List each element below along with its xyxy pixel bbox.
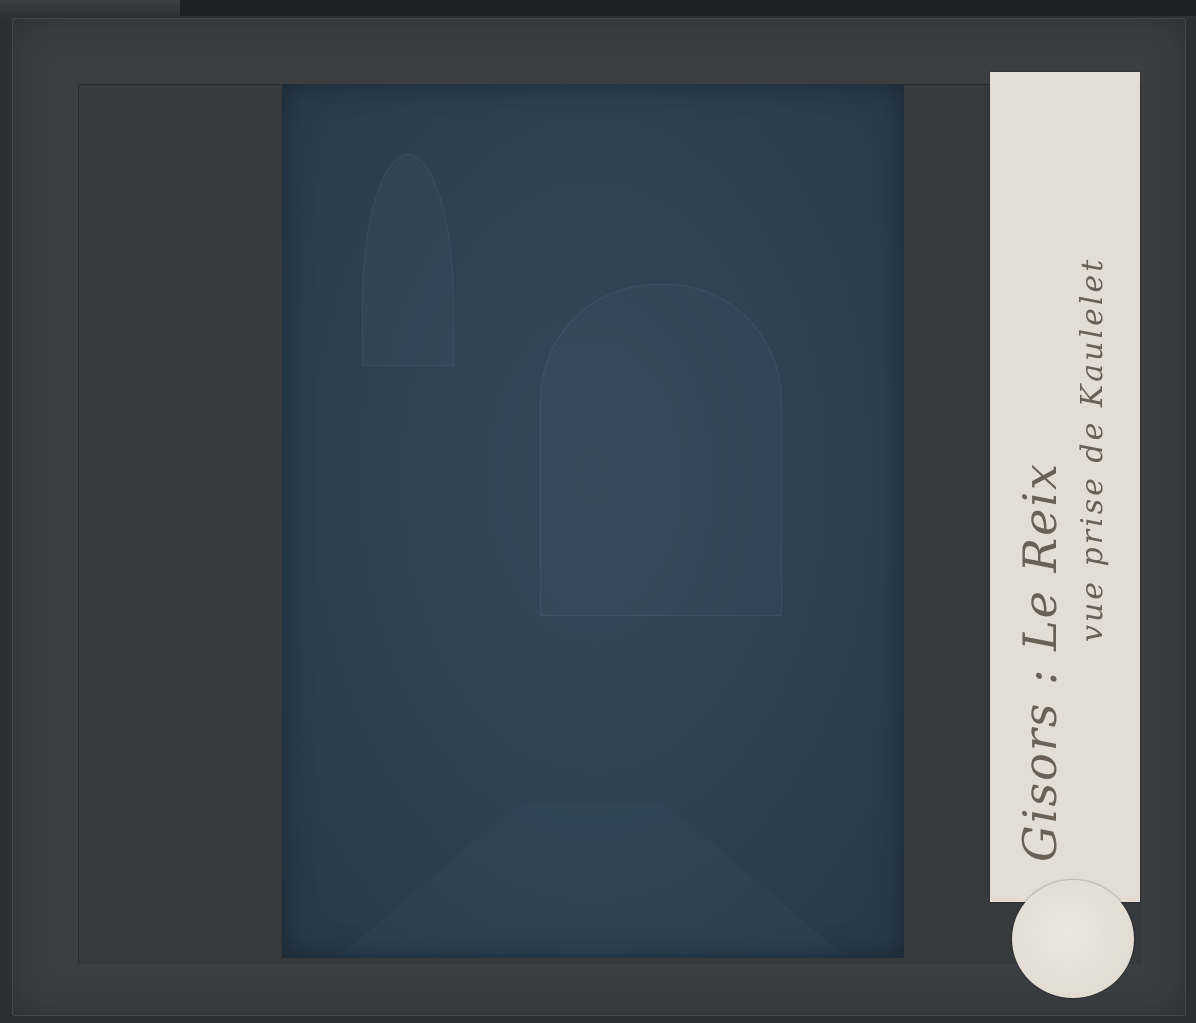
label-subtitle: vue prise de Kaulelet [1075, 257, 1110, 642]
glass-plate-image [282, 84, 904, 958]
faded-arch-shape [540, 284, 782, 616]
top-edge-shadow [180, 0, 1196, 16]
label-text-rotated: Gisors : Le Reix vue prise de Kaulelet [995, 82, 1135, 892]
faded-spire-shape [362, 154, 454, 366]
label-title: Gisors : Le Reix [1013, 462, 1067, 862]
handwritten-label: Gisors : Le Reix vue prise de Kaulelet [990, 72, 1140, 902]
round-paper-sticker [1012, 880, 1134, 998]
faded-base-shape [342, 804, 842, 954]
